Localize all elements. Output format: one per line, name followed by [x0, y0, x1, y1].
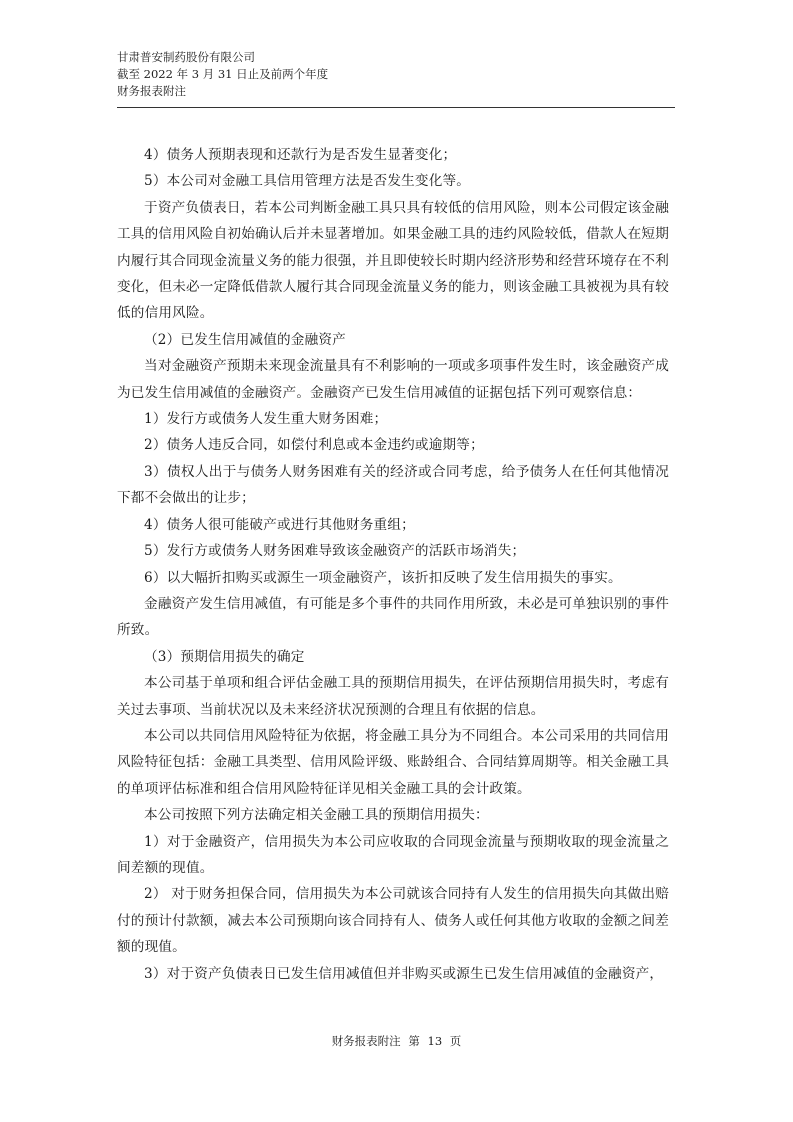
header-divider: [117, 107, 675, 108]
section-heading-credit-impaired: （2）已发生信用减值的金融资产: [117, 327, 669, 353]
page-footer: 财务报表附注 第 13 页: [0, 1033, 793, 1049]
paragraph-risk-characteristics: 本公司以共同信用风险特征为依据，将金融工具分为不同组合。本公司采用的共同信用风险…: [117, 723, 669, 802]
paragraph-method-3-credit-impaired-assets: 3）对于资产负债表日已发生信用减值但并非购买或源生已发生信用减值的金融资产，: [117, 961, 669, 987]
report-period: 截至 2022 年 3 月 31 日止及前两个年度: [117, 66, 675, 83]
page-header: 甘肃普安制药股份有限公司 截至 2022 年 3 月 31 日止及前两个年度 财…: [117, 49, 675, 100]
company-name: 甘肃普安制药股份有限公司: [117, 49, 675, 66]
paragraph-evidence-3: 3）债权人出于与债务人财务困难有关的经济或合同考虑，给予债务人在任何其他情况下都…: [117, 459, 669, 512]
paragraph-credit-impaired-definition: 当对金融资产预期未来现金流量具有不利影响的一项或多项事件发生时，该金融资产成为已…: [117, 353, 669, 406]
paragraph-low-credit-risk: 于资产负债表日，若本公司判断金融工具只具有较低的信用风险，则本公司假定该金融工具…: [117, 195, 669, 327]
document-title: 财务报表附注: [117, 83, 675, 100]
paragraph-item-4-debtor-behavior: 4）债务人预期表现和还款行为是否发生显著变化；: [117, 142, 669, 168]
paragraph-evidence-1: 1）发行方或债务人发生重大财务困难；: [117, 406, 669, 432]
paragraph-evidence-5: 5）发行方或债务人财务困难导致该金融资产的活跃市场消失；: [117, 538, 669, 564]
paragraph-evidence-4: 4）债务人很可能破产或进行其他财务重组；: [117, 512, 669, 538]
section-heading-ecl-determination: （3）预期信用损失的确定: [117, 644, 669, 670]
paragraph-ecl-assessment: 本公司基于单项和组合评估金融工具的预期信用损失，在评估预期信用损失时，考虑有关过…: [117, 670, 669, 723]
paragraph-multiple-events: 金融资产发生信用减值，有可能是多个事件的共同作用所致，未必是可单独识别的事件所致…: [117, 591, 669, 644]
document-body: 4）债务人预期表现和还款行为是否发生显著变化； 5）本公司对金融工具信用管理方法…: [117, 142, 669, 987]
paragraph-evidence-2: 2）债务人违反合同，如偿付利息或本金违约或逾期等；: [117, 432, 669, 458]
paragraph-ecl-methods-intro: 本公司按照下列方法确定相关金融工具的预期信用损失：: [117, 802, 669, 828]
page-number-label: 财务报表附注 第 13 页: [332, 1034, 462, 1048]
paragraph-method-1-financial-assets: 1）对于金融资产，信用损失为本公司应收取的合同现金流量与预期收取的现金流量之间差…: [117, 829, 669, 882]
paragraph-method-2-guarantee-contracts: 2） 对于财务担保合同，信用损失为本公司就该合同持有人发生的信用损失向其做出赔付…: [117, 881, 669, 960]
paragraph-item-5-credit-management: 5）本公司对金融工具信用管理方法是否发生变化等。: [117, 168, 669, 194]
paragraph-evidence-6: 6）以大幅折扣购买或源生一项金融资产，该折扣反映了发生信用损失的事实。: [117, 565, 669, 591]
